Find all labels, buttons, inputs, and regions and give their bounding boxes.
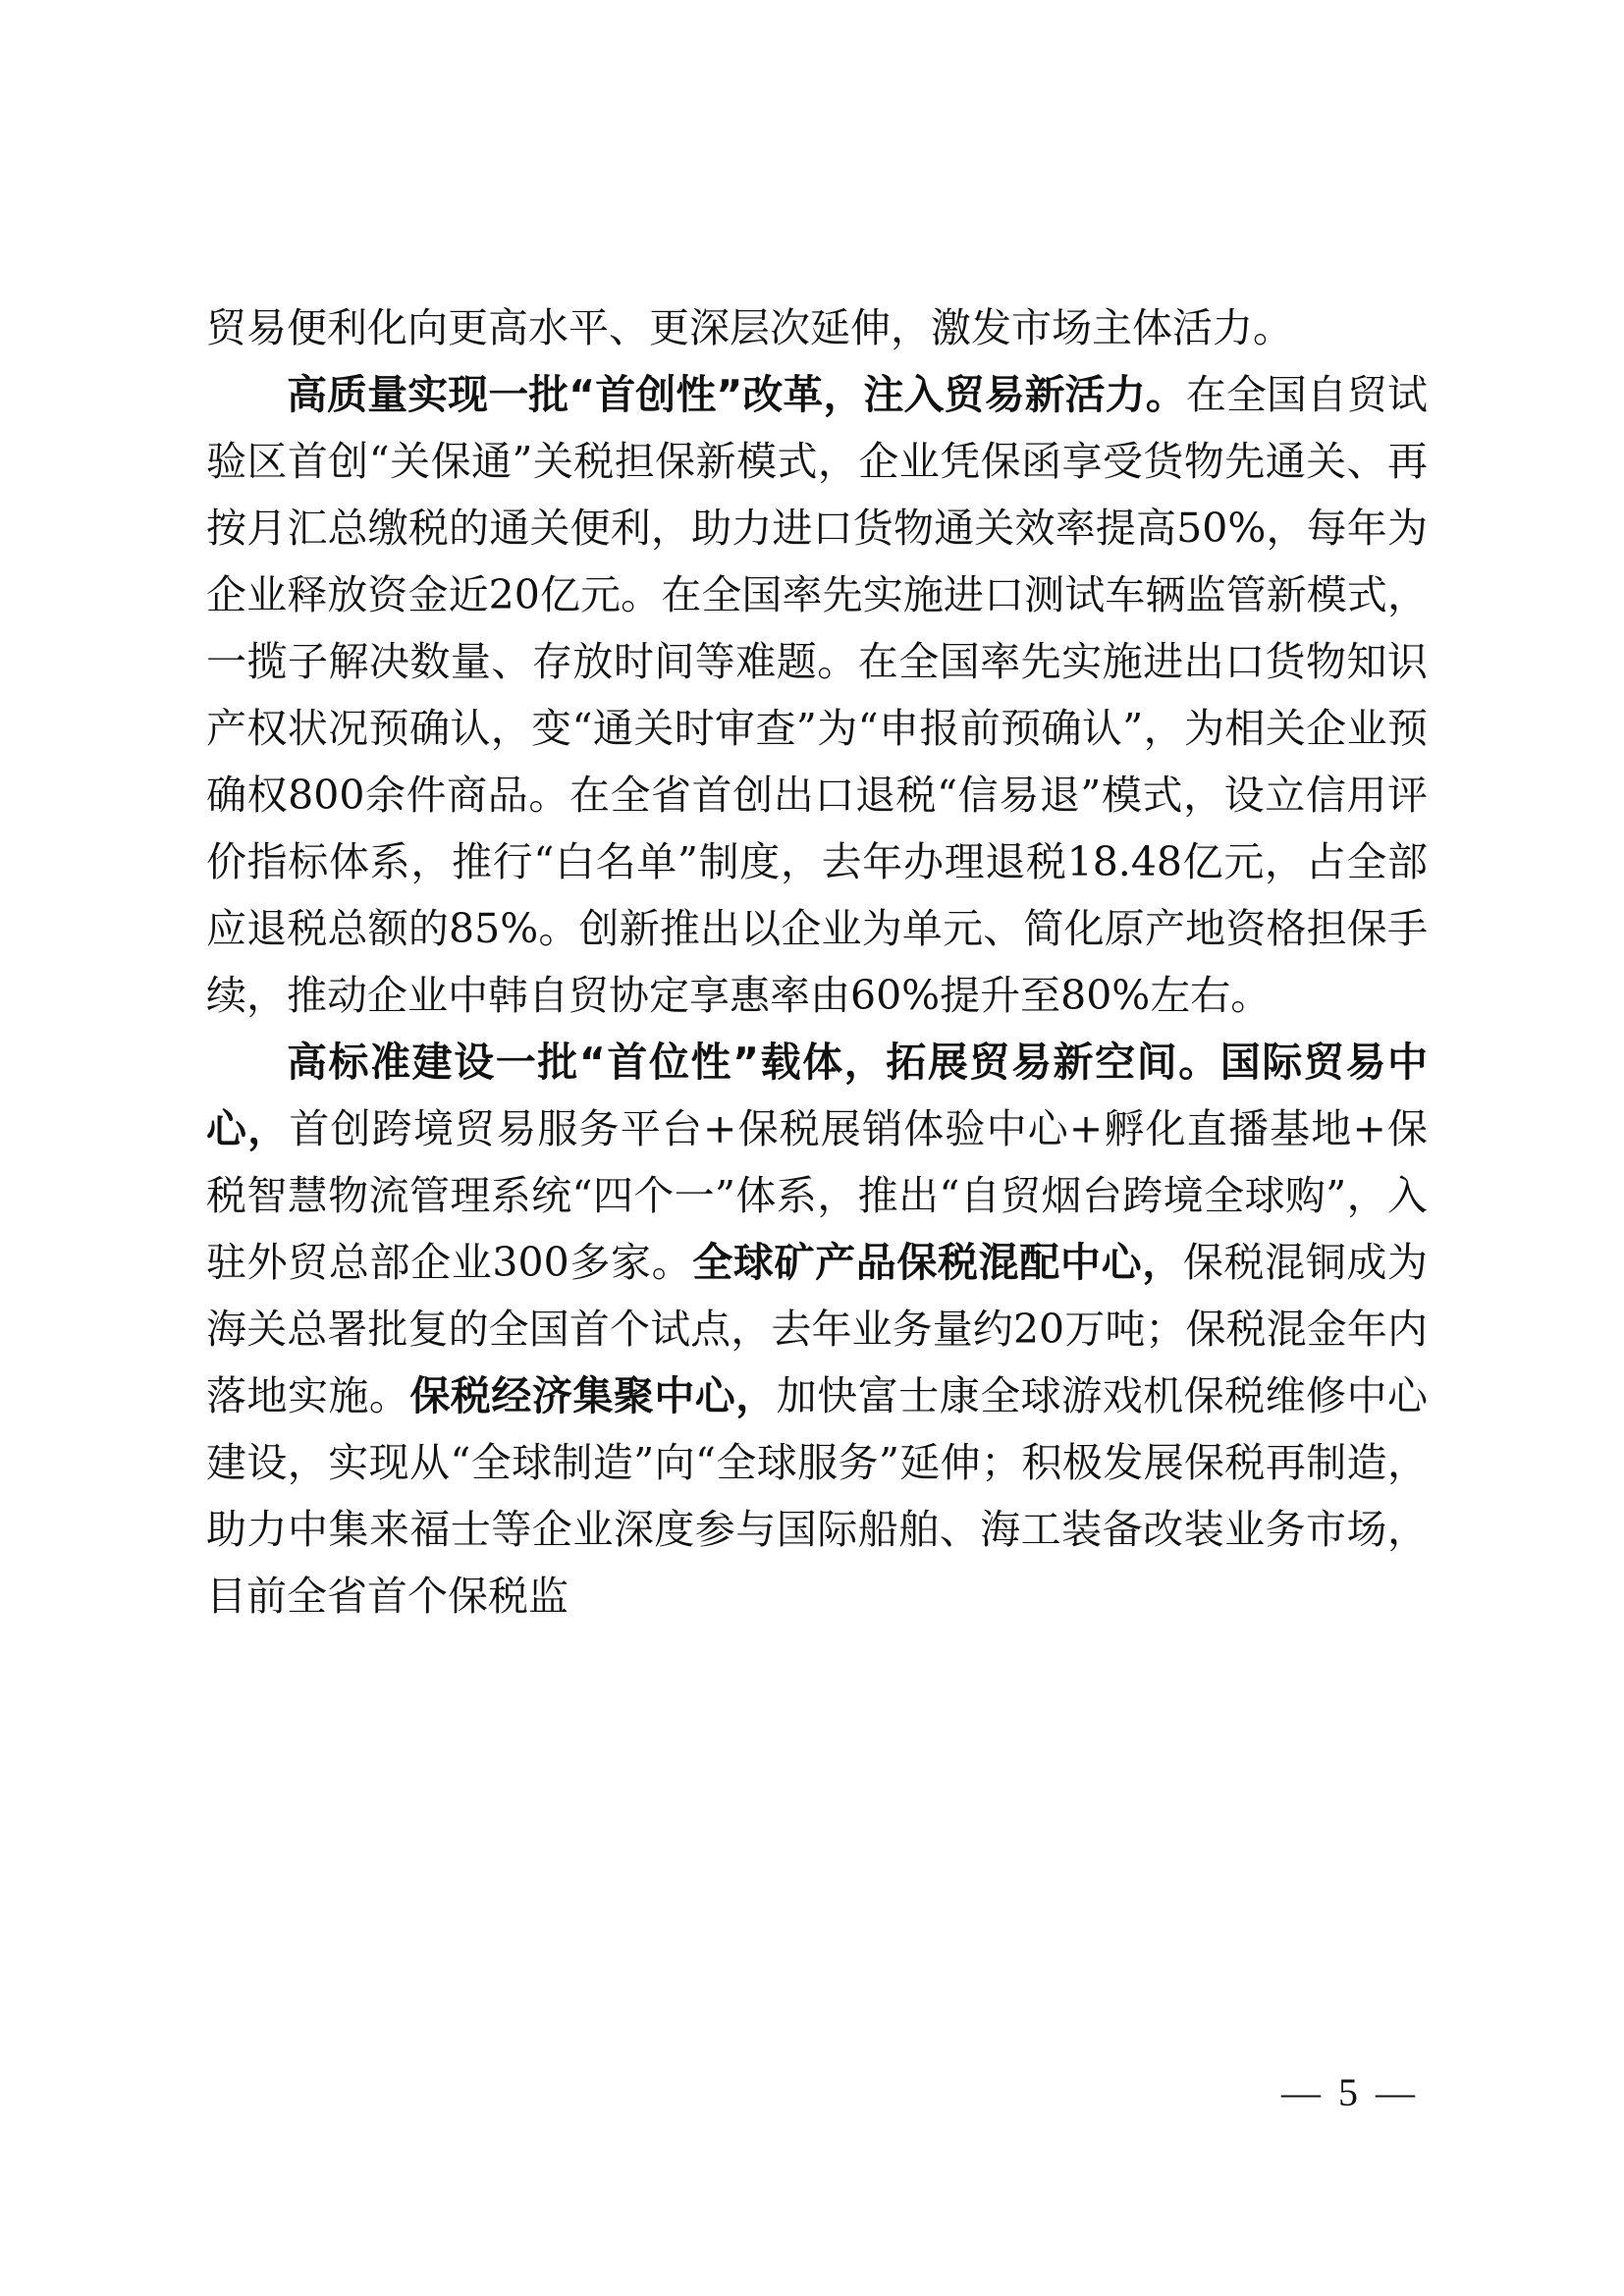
document-body: 贸易便利化向更高水平、更深层次延伸，激发市场主体活力。 高质量实现一批“首创性”…: [206, 294, 1428, 1629]
paragraph-3: 高标准建设一批“首位性”载体，拓展贸易新空间。国际贸易中心，首创跨境贸易服务平台…: [206, 1029, 1428, 1629]
paragraph-text: 贸易便利化向更高水平、更深层次延伸，激发市场主体活力。: [206, 304, 1293, 351]
paragraph-text: 在全国自贸试验区首创“关保通”关税担保新模式，企业凭保函享受货物先通关、再按月汇…: [206, 371, 1428, 1019]
paragraph-2: 高质量实现一批“首创性”改革，注入贸易新活力。在全国自贸试验区首创“关保通”关税…: [206, 361, 1428, 1029]
page-number: — 5 —: [1276, 2069, 1424, 2115]
paragraph-heading: 高质量实现一批“首创性”改革，注入贸易新活力。: [287, 371, 1186, 418]
paragraph-subheading: 全球矿产品保税混配中心，: [692, 1239, 1183, 1286]
paragraph-subheading: 保税经济集聚中心，: [409, 1372, 776, 1419]
paragraph-1: 贸易便利化向更高水平、更深层次延伸，激发市场主体活力。: [206, 294, 1428, 361]
